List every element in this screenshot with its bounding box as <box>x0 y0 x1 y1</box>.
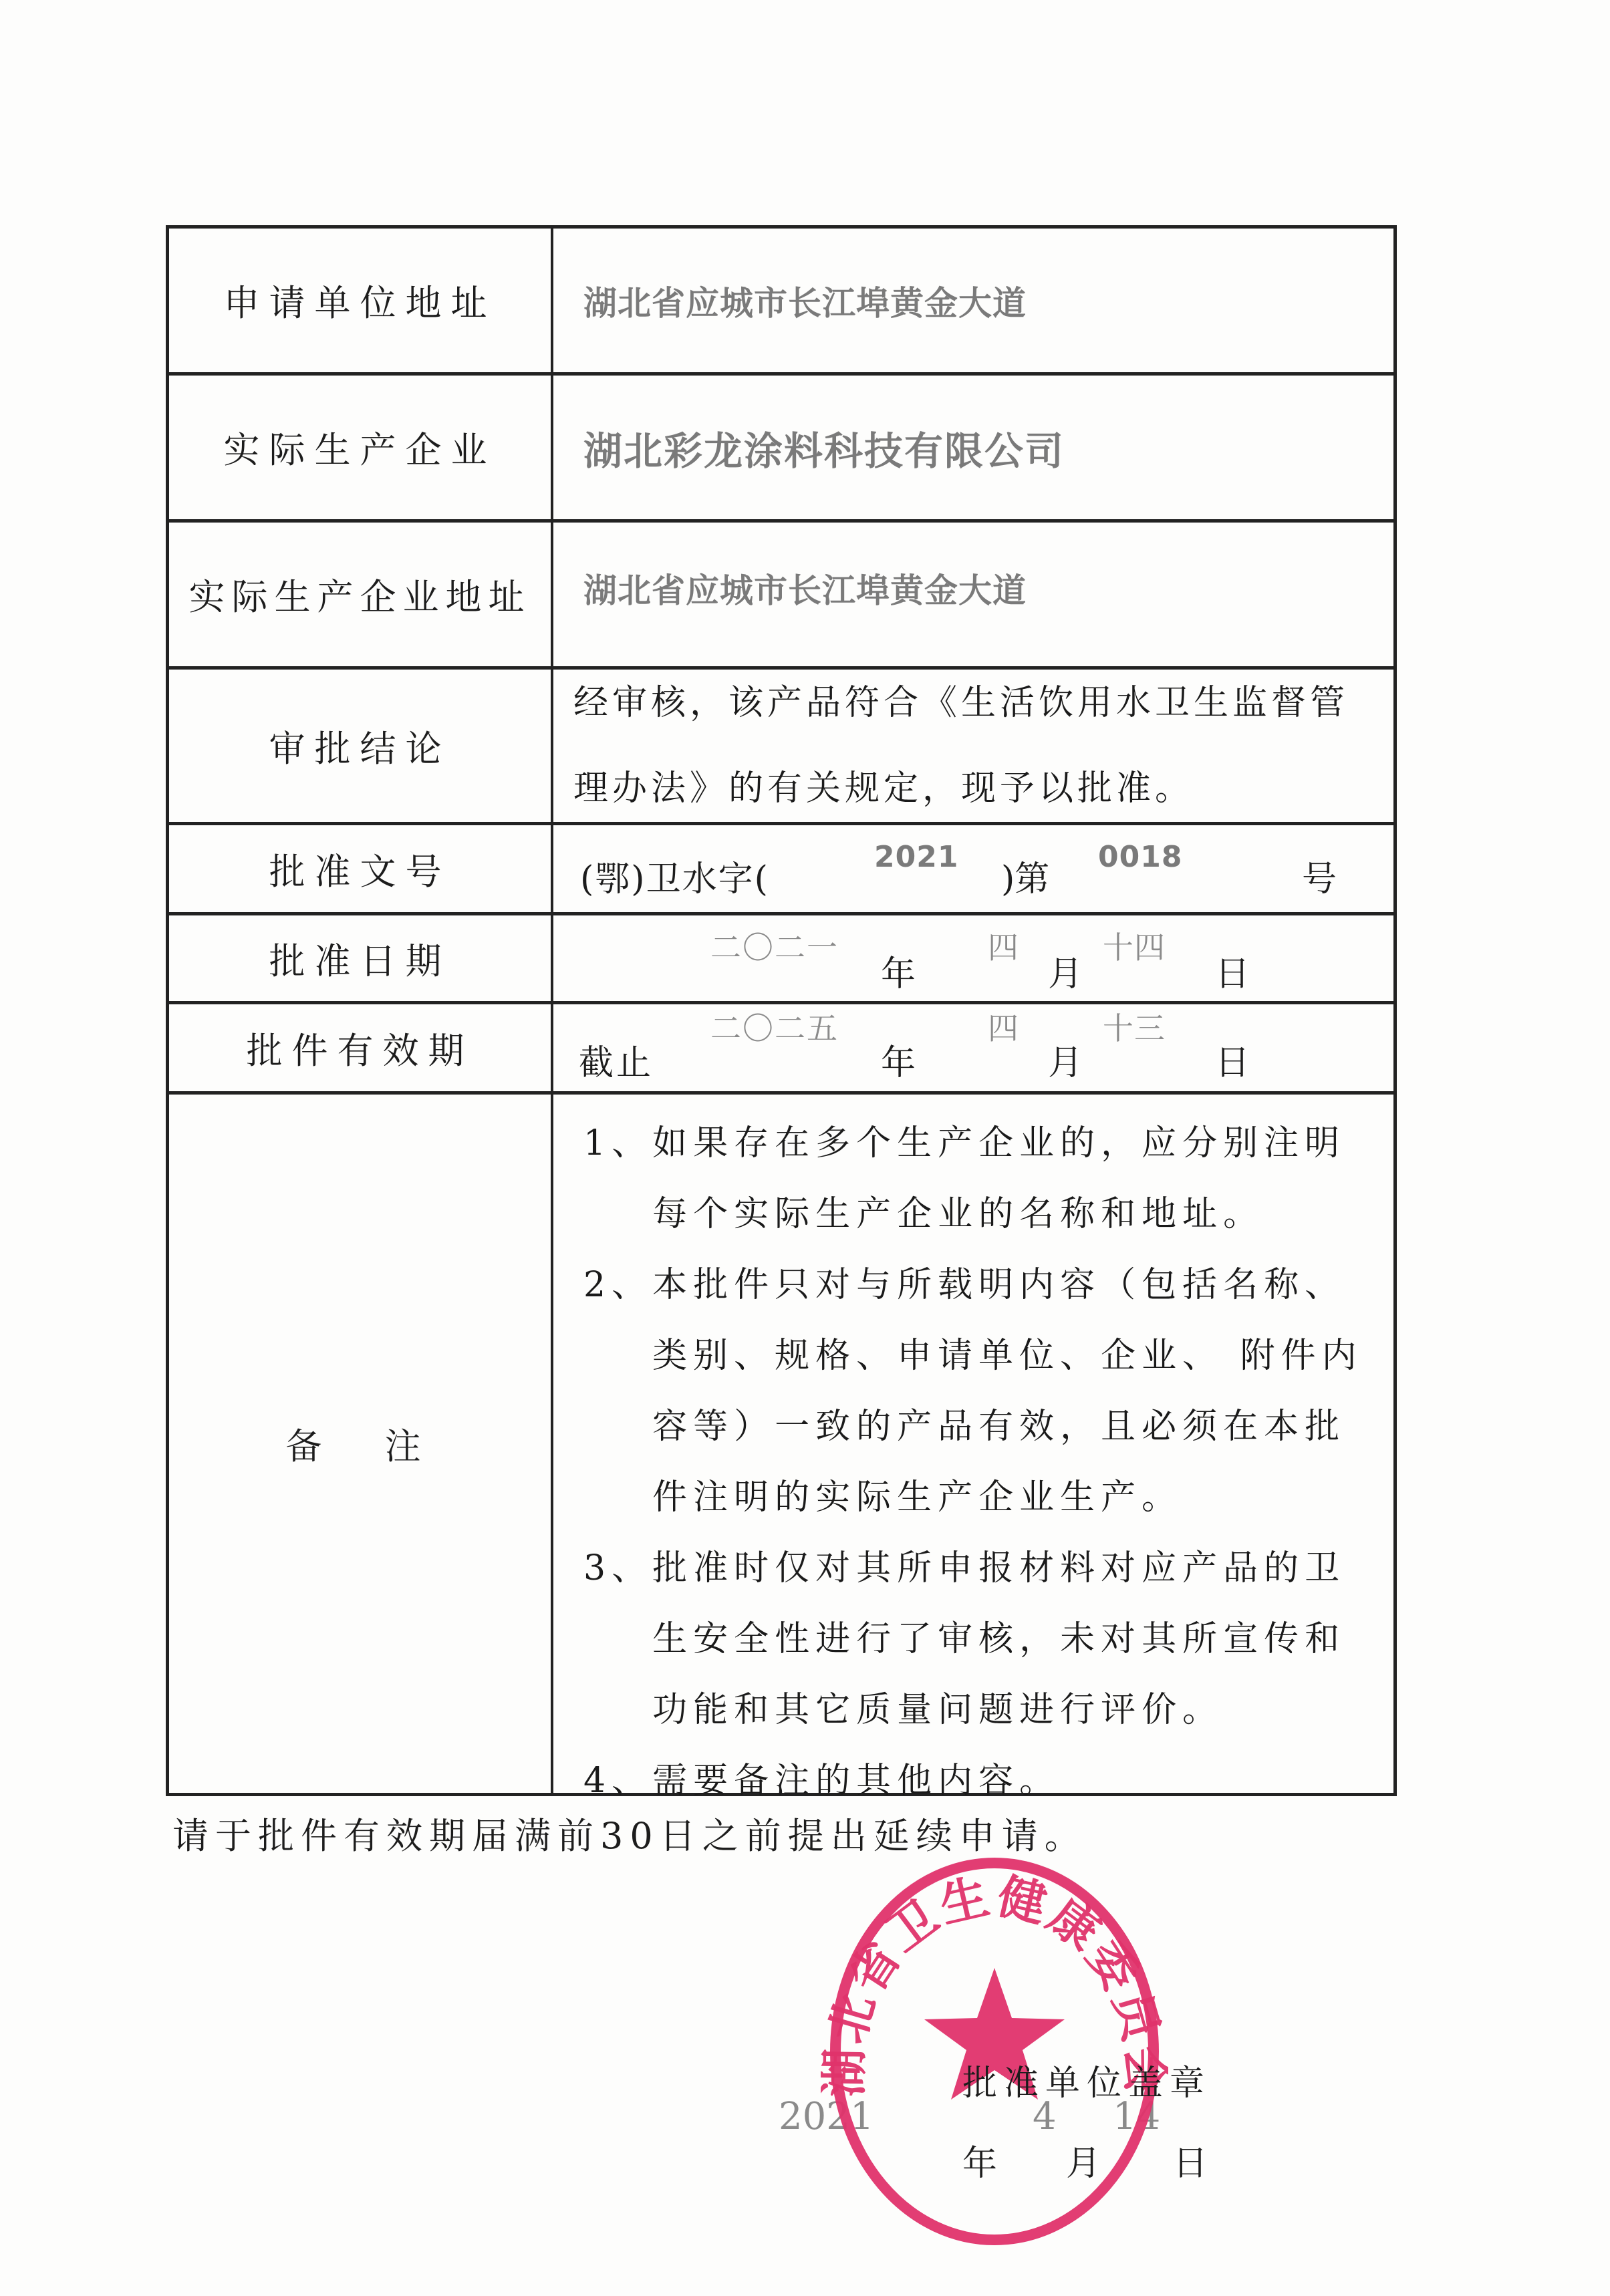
label-applicant-address: 申请单位地址 <box>169 229 553 372</box>
approval-number-prefix: (鄂)卫水字( <box>580 851 769 901</box>
official-seal-stamp: 湖北省卫生健康委员会 <box>821 1851 1168 2252</box>
approval-date-day-unit: 日 <box>1215 946 1250 996</box>
row-approval-number: 批准文号 (鄂)卫水字( 2021 )第 0018 号 <box>169 822 1393 912</box>
note-number: 4、 <box>583 1745 652 1816</box>
note-number: 3、 <box>583 1533 652 1745</box>
label-approval-number: 批准文号 <box>169 825 553 912</box>
label-manufacturer: 实际生产企业 <box>169 376 553 519</box>
manufacturer-address-value: 湖北省应城市长江埠黄金大道 <box>583 564 1027 612</box>
approval-form-table: 申请单位地址 湖北省应城市长江埠黄金大道 实际生产企业 湖北彩龙涂料科技有限公司… <box>166 225 1397 1796</box>
value-cell-approval-date: 二〇二一 年 四 月 十四 日 <box>553 915 1393 1001</box>
row-manufacturer-address: 实际生产企业地址 湖北省应城市长江埠黄金大道 <box>169 519 1393 666</box>
validity-day: 十三 <box>1103 1004 1166 1048</box>
notes-list: 1、 如果存在多个生产企业的，应分别注明每个实际生产企业的名称和地址。 2、 本… <box>583 1108 1380 1816</box>
approval-number-year: 2021 <box>874 840 958 874</box>
note-text: 如果存在多个生产企业的，应分别注明每个实际生产企业的名称和地址。 <box>652 1108 1380 1250</box>
value-cell-approval-number: (鄂)卫水字( 2021 )第 0018 号 <box>553 825 1393 912</box>
approval-date-year: 二〇二一 <box>710 923 839 968</box>
row-manufacturer: 实际生产企业 湖北彩龙涂料科技有限公司 <box>169 372 1393 519</box>
value-cell-conclusion: 经审核，该产品符合《生活饮用水卫生监督管理办法》的有关规定，现予以批准。 <box>553 670 1393 822</box>
signature-year-unit: 年 <box>962 2135 997 2185</box>
row-conclusion: 审批结论 经审核，该产品符合《生活饮用水卫生监督管理办法》的有关规定，现予以批准… <box>169 666 1393 822</box>
note-text: 本批件只对与所载明内容（包括名称、类别、规格、申请单位、企业、 附件内容等）一致… <box>652 1250 1380 1533</box>
label-manufacturer-address: 实际生产企业地址 <box>169 523 553 666</box>
signature-day-unit: 日 <box>1173 2135 1208 2185</box>
row-applicant-address: 申请单位地址 湖北省应城市长江埠黄金大道 <box>169 229 1393 372</box>
approval-number-value: 0018 <box>1098 840 1182 874</box>
validity-year: 二〇二五 <box>710 1004 839 1048</box>
approval-number-middle: )第 <box>1001 851 1049 901</box>
validity-month: 四 <box>988 1004 1019 1048</box>
manufacturer-value: 湖北彩龙涂料科技有限公司 <box>583 420 1065 476</box>
approval-number-suffix: 号 <box>1302 851 1337 901</box>
value-cell-validity: 截止 二〇二五 年 四 月 十三 日 <box>553 1004 1393 1091</box>
value-cell-notes: 1、 如果存在多个生产企业的，应分别注明每个实际生产企业的名称和地址。 2、 本… <box>553 1095 1393 1793</box>
note-number: 2、 <box>583 1250 652 1533</box>
value-cell-manufacturer-address: 湖北省应城市长江埠黄金大道 <box>553 523 1393 666</box>
approval-date-year-unit: 年 <box>881 946 916 996</box>
applicant-address-value: 湖北省应城市长江埠黄金大道 <box>583 277 1027 325</box>
label-notes: 备 注 <box>169 1095 553 1793</box>
validity-month-unit: 月 <box>1048 1034 1083 1085</box>
note-item-3: 3、 批准时仅对其所申报材料对应产品的卫生安全性进行了审核，未对其所宣传和功能和… <box>583 1533 1380 1745</box>
conclusion-text: 经审核，该产品符合《生活饮用水卫生监督管理办法》的有关规定，现予以批准。 <box>573 660 1393 831</box>
row-validity: 批件有效期 截止 二〇二五 年 四 月 十三 日 <box>169 1001 1393 1091</box>
note-item-2: 2、 本批件只对与所载明内容（包括名称、类别、规格、申请单位、企业、 附件内容等… <box>583 1250 1380 1533</box>
note-item-1: 1、 如果存在多个生产企业的，应分别注明每个实际生产企业的名称和地址。 <box>583 1108 1380 1250</box>
label-approval-date: 批准日期 <box>169 915 553 1001</box>
value-cell-applicant-address: 湖北省应城市长江埠黄金大道 <box>553 229 1393 372</box>
row-approval-date: 批准日期 二〇二一 年 四 月 十四 日 <box>169 912 1393 1001</box>
label-conclusion: 审批结论 <box>169 670 553 822</box>
signature-label: 批准单位盖章 <box>962 2055 1211 2105</box>
label-validity: 批件有效期 <box>169 1004 553 1091</box>
validity-year-unit: 年 <box>881 1034 916 1085</box>
row-notes: 备 注 1、 如果存在多个生产企业的，应分别注明每个实际生产企业的名称和地址。 … <box>169 1091 1393 1793</box>
value-cell-manufacturer: 湖北彩龙涂料科技有限公司 <box>553 376 1393 519</box>
note-number: 1、 <box>583 1108 652 1250</box>
approval-date-month-unit: 月 <box>1048 946 1083 996</box>
note-text: 需要备注的其他内容。 <box>652 1745 1380 1816</box>
approval-document: 申请单位地址 湖北省应城市长江埠黄金大道 实际生产企业 湖北彩龙涂料科技有限公司… <box>0 0 1610 2296</box>
signature-month-unit: 月 <box>1066 2135 1101 2185</box>
validity-day-unit: 日 <box>1215 1034 1250 1085</box>
note-item-4: 4、 需要备注的其他内容。 <box>583 1745 1380 1816</box>
validity-prefix: 截止 <box>579 1034 654 1085</box>
note-text: 批准时仅对其所申报材料对应产品的卫生安全性进行了审核，未对其所宣传和功能和其它质… <box>652 1533 1380 1745</box>
approval-date-month: 四 <box>988 923 1019 968</box>
approval-date-day: 十四 <box>1103 923 1166 968</box>
